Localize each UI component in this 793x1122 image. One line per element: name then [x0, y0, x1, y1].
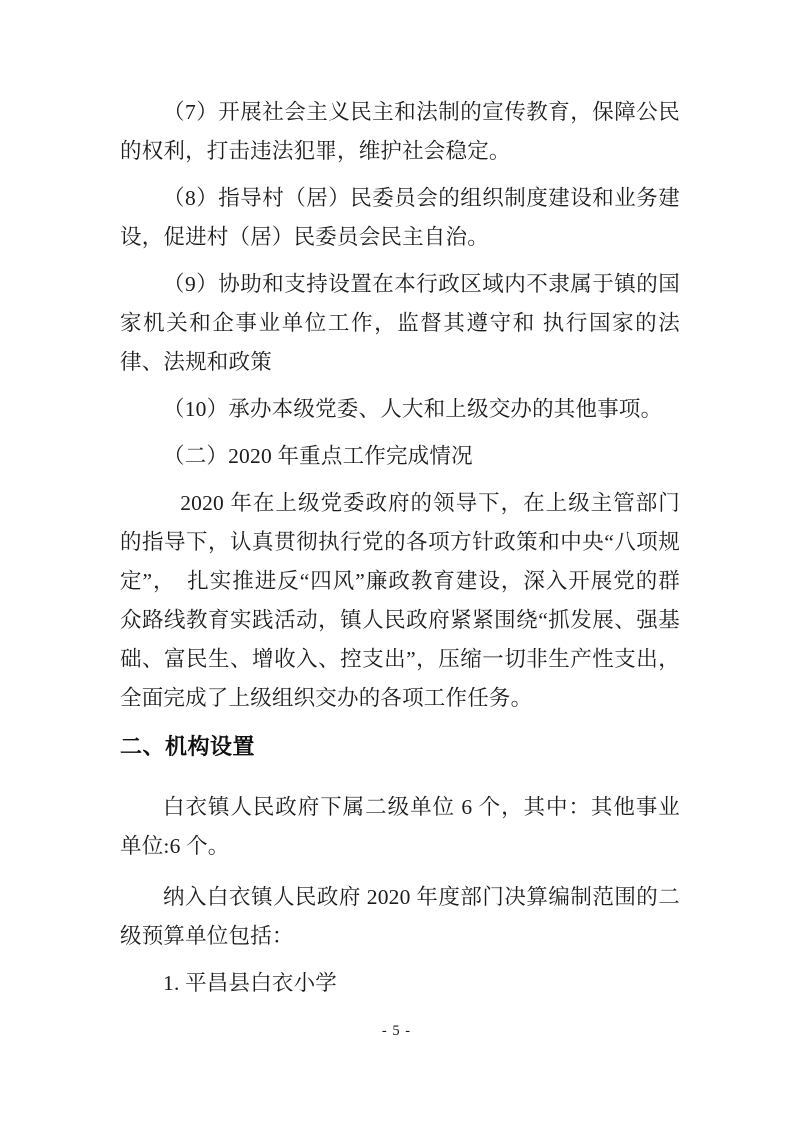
duty-item-7: （7）开展社会主义民主和法制的宣传教育，保障公民的权利，打击违法犯罪，维护社会稳… [120, 93, 680, 171]
page-number: - 5 - [0, 1022, 793, 1040]
duty-item-10: （10）承办本级党委、人大和上级交办的其他事项。 [120, 390, 680, 429]
document-body: （7）开展社会主义民主和法制的宣传教育，保障公民的权利，打击违法犯罪，维护社会稳… [0, 0, 793, 1003]
org-units-count-paragraph: 白衣镇人民政府下属二级单位 6 个，其中：其他事业单位:6 个。 [120, 788, 680, 866]
subsection-heading-key-work: （二）2020 年重点工作完成情况 [120, 437, 680, 476]
duty-item-9: （9）协助和支持设置在本行政区域内不隶属于镇的国家机关和企事业单位工作，监督其遵… [120, 265, 680, 382]
section-heading-organization: 二、机构设置 [120, 732, 680, 762]
document-page: （7）开展社会主义民主和法制的宣传教育，保障公民的权利，打击违法犯罪，维护社会稳… [0, 0, 793, 1122]
key-work-summary-paragraph: 2020 年在上级党委政府的领导下，在上级主管部门的指导下，认真贯彻执行党的各项… [120, 484, 680, 718]
duty-item-8: （8）指导村（居）民委员会的组织制度建设和业务建设，促进村（居）民委员会民主自治… [120, 179, 680, 257]
budget-unit-list-item-1: 1. 平昌县白衣小学 [120, 964, 680, 1003]
budget-units-scope-paragraph: 纳入白衣镇人民政府 2020 年度部门决算编制范围的二级预算单位包括： [120, 878, 680, 956]
